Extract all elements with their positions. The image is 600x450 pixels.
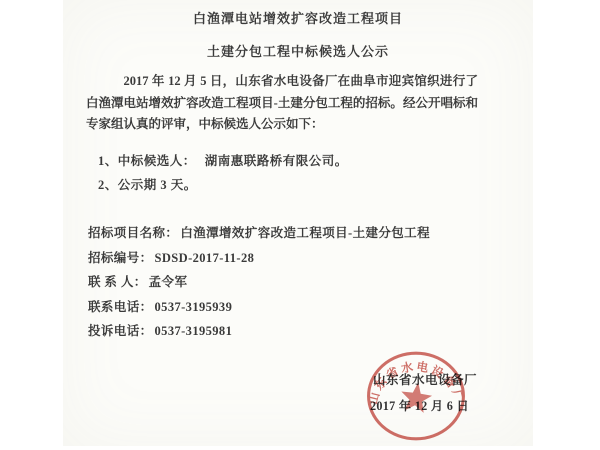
- detail-row-complaint-phone: 投诉电话：0537-3195981: [88, 319, 430, 344]
- details-block: 招标项目名称：白渔潭增效扩容改造工程项目-土建分包工程 招标编号：SDSD-20…: [88, 221, 430, 344]
- winning-candidate-company: 湖南惠联路桥有限公司。: [205, 154, 348, 168]
- detail-value: 孟令军: [149, 275, 188, 289]
- stamp-star-icon: [399, 380, 434, 414]
- detail-value: 0537-3195939: [155, 300, 233, 314]
- official-seal-stamp: 山东省水电设备厂: [365, 350, 467, 442]
- detail-row-contact-person: 联 系 人：孟令军: [88, 270, 430, 295]
- publicity-period-item: 2、公示期 3 天。: [98, 175, 197, 193]
- detail-label: 投诉电话：: [88, 324, 153, 338]
- detail-label: 联 系 人：: [88, 275, 147, 289]
- detail-value: SDSD-2017-11-28: [155, 251, 255, 265]
- detail-label: 联系电话：: [88, 300, 153, 314]
- document-subtitle: 土建分包工程中标候选人公示: [63, 41, 533, 60]
- winning-candidate-label: 1、中标候选人：: [98, 154, 196, 168]
- document-title: 白渔潭电站增效扩容改造工程项目: [63, 8, 533, 27]
- detail-label: 招标编号：: [88, 251, 153, 265]
- detail-row-project-name: 招标项目名称：白渔潭增效扩容改造工程项目-土建分包工程: [88, 221, 430, 246]
- detail-label: 招标项目名称：: [88, 226, 178, 240]
- scanned-document: 白渔潭电站增效扩容改造工程项目 土建分包工程中标候选人公示 2017 年 12 …: [63, 0, 533, 446]
- winning-candidate-item: 1、中标候选人：湖南惠联路桥有限公司。: [98, 151, 348, 169]
- document-page: 白渔潭电站增效扩容改造工程项目 土建分包工程中标候选人公示 2017 年 12 …: [0, 0, 600, 450]
- detail-value: 0537-3195981: [155, 324, 233, 338]
- announcement-paragraph: 2017 年 12 月 5 日，山东省水电设备厂在曲阜市迎宾馆织进行了白渔潭电站…: [86, 71, 478, 136]
- detail-row-contact-phone: 联系电话：0537-3195939: [88, 295, 430, 320]
- detail-row-tender-number: 招标编号：SDSD-2017-11-28: [88, 246, 430, 271]
- detail-value: 白渔潭增效扩容改造工程项目-土建分包工程: [180, 226, 430, 240]
